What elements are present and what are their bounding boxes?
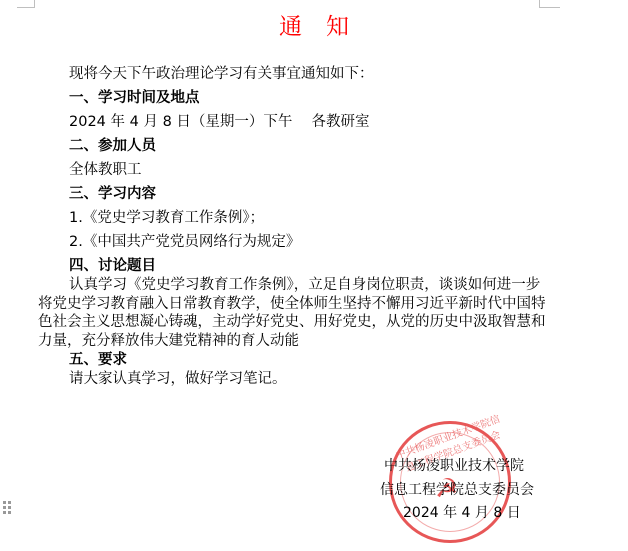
intro-text: 现将今天下午政治理论学习有关事宜通知如下： (69, 65, 374, 83)
section3-heading: 三、学习内容 (69, 185, 156, 203)
paragraph-line: 将党史学习教育融入日常教育教学，使全体师生坚持不懈用习近平新时代中国特 (38, 295, 543, 314)
signature-date: 2024 年 4 月 8 日 (403, 502, 521, 522)
section5-heading: 五、要求 (69, 351, 127, 369)
section3-item-2: 2.《中国共产党党员网络行为规定》 (69, 233, 300, 251)
title-char-2: 知 (326, 8, 349, 41)
signature-org-line2: 信息工程学院总支委员会 (380, 479, 534, 499)
page-corner-mark-right (539, 0, 560, 8)
paragraph-line: 色社会主义思想凝心铸魂，主动学好党史、用好党史，从党的历史中汲取智慧和 (38, 313, 543, 332)
signature-org-line1: 中共杨凌职业技术学院 (384, 455, 524, 475)
section2-heading: 二、参加人员 (69, 137, 156, 155)
paragraph-line: 认真学习《党史学习教育工作条例》，立足自身岗位职责，谈谈如何进一步 (38, 276, 543, 295)
section2-content: 全体教职工 (69, 161, 142, 179)
paragraph-line: 力量，充分释放伟大建党精神的育人动能 (38, 332, 543, 351)
drag-handle-icon[interactable] (3, 501, 13, 515)
document-title: 通知 (0, 8, 628, 41)
section4-paragraph: 认真学习《党史学习教育工作条例》，立足自身岗位职责，谈谈如何进一步 将党史学习教… (38, 276, 543, 350)
section1-content: 2024 年 4 月 8 日（星期一）下午 各教研室 (69, 113, 370, 131)
section4-heading: 四、讨论题目 (69, 257, 156, 275)
section3-item-1: 1.《党史学习教育工作条例》； (69, 209, 264, 227)
section5-content: 请大家认真学习，做好学习笔记。 (69, 370, 287, 388)
title-char-1: 通 (279, 8, 302, 41)
section1-heading: 一、学习时间及地点 (69, 89, 200, 107)
page-corner-mark-left (17, 0, 35, 8)
